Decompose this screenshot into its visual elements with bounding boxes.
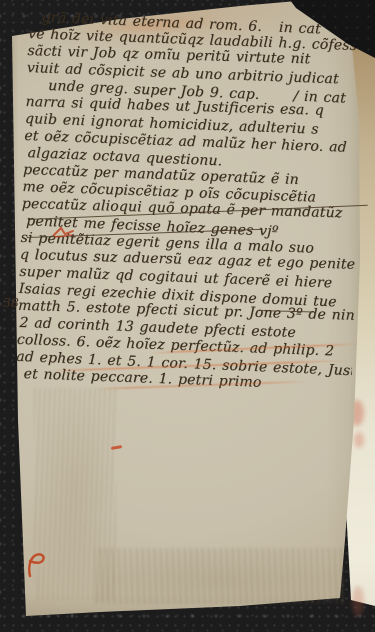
red-caret-mark [52, 226, 76, 238]
margin-chapter-number: 38 [3, 295, 19, 310]
fore-edge-red-smudge [352, 586, 364, 616]
manuscript-text-block: grã dei vita eterna ad rom. 6. in cat ve… [15, 9, 364, 395]
red-paragraph-mark [26, 549, 48, 579]
fore-edge-red-smudge [354, 432, 364, 448]
photo-background: grã dei vita eterna ad rom. 6. in cat ve… [0, 0, 375, 632]
